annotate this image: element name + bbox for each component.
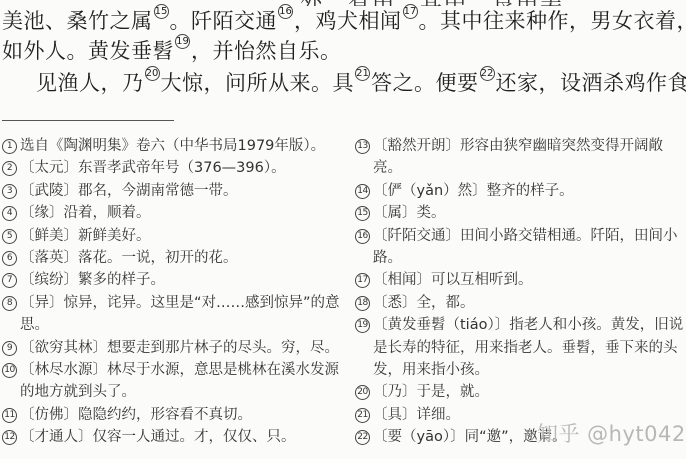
footnote-number: 7 bbox=[2, 273, 17, 288]
footnote-number: 9 bbox=[2, 341, 17, 356]
passage-text-segment: 如外人。黄发垂髫 bbox=[2, 39, 174, 63]
passage-line: 如外人。黄发垂髫19，并怡然自乐。 bbox=[2, 36, 686, 66]
footnotes-right-column: 13〔豁然开朗〕形容由狭窄幽暗突然变得开阔敞亮。14〔俨（yǎn）然〕整齐的样子… bbox=[355, 135, 685, 449]
footnote-number: 8 bbox=[2, 296, 17, 311]
passage-line: 见渔人，乃20大惊，问所从来。具21答之。便要22还家，设酒杀鸡作食。 bbox=[2, 68, 686, 98]
passage-text-segment: 大惊，问所从来。具 bbox=[161, 71, 355, 95]
passage-text: 美池、桑竹之属15。阡陌交通16，鸡犬相闻17。其中往来种作，男女衣着，悉18如… bbox=[2, 6, 686, 98]
footnote-item: 5〔鲜美〕新鲜美好。 bbox=[2, 225, 342, 247]
footnote-marker: 16 bbox=[278, 4, 293, 19]
footnote-marker: 20 bbox=[145, 66, 160, 81]
footnote-text: 〔阡陌交通〕田间小路交错相通。阡陌，田间小路。 bbox=[373, 225, 685, 270]
passage-text-segment: ，鸡犬相闻 bbox=[294, 9, 402, 33]
passage-text-segment: 。其中往来种作，男女衣着，悉 bbox=[419, 9, 686, 33]
footnote-number: 2 bbox=[2, 161, 17, 176]
footnote-item: 13〔豁然开朗〕形容由狭窄幽暗突然变得开阔敞亮。 bbox=[355, 135, 685, 180]
footnote-item: 2〔太元〕东晋孝武帝年号（376—396）。 bbox=[2, 157, 342, 179]
footnote-item: 14〔俨（yǎn）然〕整齐的样子。 bbox=[355, 180, 685, 202]
footnote-number: 19 bbox=[355, 318, 370, 333]
footnote-number: 1 bbox=[2, 139, 17, 154]
footnote-text: 〔鲜美〕新鲜美好。 bbox=[20, 225, 342, 247]
footnote-text: 〔乃〕于是，就。 bbox=[373, 381, 685, 403]
footnote-number: 14 bbox=[355, 184, 370, 199]
footnote-item: 11〔仿佛〕隐隐约约，形容看不真切。 bbox=[2, 404, 342, 426]
footnote-number: 20 bbox=[355, 385, 370, 400]
footnote-number: 5 bbox=[2, 229, 17, 244]
footnote-number: 4 bbox=[2, 206, 17, 221]
footnote-item: 8〔异〕惊异，诧异。这里是“对……感到惊异”的意思。 bbox=[2, 292, 342, 337]
footnote-text: 〔悉〕全，都。 bbox=[373, 292, 685, 314]
footnote-number: 12 bbox=[2, 430, 17, 445]
footnote-number: 22 bbox=[355, 430, 370, 445]
footnote-item: 1选自《陶渊明集》卷六（中华书局1979年版）。 bbox=[2, 135, 342, 157]
footnote-divider bbox=[2, 120, 174, 121]
footnote-text: 〔林尽水源〕林尽于水源，意思是桃林在溪水发源的地方就到头了。 bbox=[20, 359, 342, 404]
footnote-item: 15〔属〕类。 bbox=[355, 202, 685, 224]
footnote-item: 16〔阡陌交通〕田间小路交错相通。阡陌，田间小路。 bbox=[355, 225, 685, 270]
passage-text-segment: ，并怡然自乐。 bbox=[191, 39, 342, 63]
footnote-text: 〔豁然开朗〕形容由狭窄幽暗突然变得开阔敞亮。 bbox=[373, 135, 685, 180]
footnote-item: 17〔相闻〕可以互相听到。 bbox=[355, 269, 685, 291]
footnote-marker: 21 bbox=[355, 66, 370, 81]
passage-text-segment: 答之。便要 bbox=[371, 71, 479, 95]
footnote-item: 10〔林尽水源〕林尽于水源，意思是桃林在溪水发源的地方就到头了。 bbox=[2, 359, 342, 404]
footnote-number: 18 bbox=[355, 296, 370, 311]
footnote-number: 15 bbox=[355, 206, 370, 221]
footnotes-left-column: 1选自《陶渊明集》卷六（中华书局1979年版）。2〔太元〕东晋孝武帝年号（376… bbox=[2, 135, 342, 449]
footnote-number: 17 bbox=[355, 273, 370, 288]
footnote-number: 11 bbox=[2, 408, 17, 423]
footnote-text: 〔太元〕东晋孝武帝年号（376—396）。 bbox=[20, 157, 342, 179]
footnote-marker: 15 bbox=[154, 4, 169, 19]
footnote-item: 3〔武陵〕郡名，今湖南常德一带。 bbox=[2, 180, 342, 202]
footnote-item: 12〔才通人〕仅容一人通过。才，仅仅、只。 bbox=[2, 426, 342, 448]
footnote-text: 〔欲穷其林〕想要走到那片林子的尽头。穷，尽。 bbox=[20, 337, 342, 359]
footnote-text: 〔缘〕沿着，顺着。 bbox=[20, 202, 342, 224]
footnote-marker: 22 bbox=[480, 66, 495, 81]
passage-text-segment: 还家，设酒杀鸡作食。 bbox=[496, 71, 686, 95]
passage-text-segment: 美池、桑竹之属 bbox=[2, 9, 153, 33]
footnote-item: 7〔缤纷〕繁多的样子。 bbox=[2, 269, 342, 291]
footnote-number: 6 bbox=[2, 251, 17, 266]
footnote-item: 9〔欲穷其林〕想要走到那片林子的尽头。穷，尽。 bbox=[2, 337, 342, 359]
footnote-marker: 19 bbox=[175, 34, 190, 49]
footnote-item: 20〔乃〕于是，就。 bbox=[355, 381, 685, 403]
footnote-item: 19〔黄发垂髫（tiáo）〕指老人和小孩。黄发，旧说是长寿的特征，用来指老人。垂… bbox=[355, 314, 685, 381]
footnote-item: 6〔落英〕落花。一说，初开的花。 bbox=[2, 247, 342, 269]
footnote-text: 〔属〕类。 bbox=[373, 202, 685, 224]
passage-text-segment: 见渔人，乃 bbox=[36, 71, 144, 95]
footnote-text: 〔落英〕落花。一说，初开的花。 bbox=[20, 247, 342, 269]
footnote-text: 选自《陶渊明集》卷六（中华书局1979年版）。 bbox=[20, 135, 342, 157]
footnote-item: 4〔缘〕沿着，顺着。 bbox=[2, 202, 342, 224]
footnote-text: 〔黄发垂髫（tiáo）〕指老人和小孩。黄发，旧说是长寿的特征，用来指老人。垂髫，… bbox=[373, 314, 685, 381]
footnote-text: 〔俨（yǎn）然〕整齐的样子。 bbox=[373, 180, 685, 202]
footnote-text: 〔相闻〕可以互相听到。 bbox=[373, 269, 685, 291]
footnote-text: 〔才通人〕仅容一人通过。才，仅仅、只。 bbox=[20, 426, 342, 448]
footnote-text: 〔异〕惊异，诧异。这里是“对……感到惊异”的意思。 bbox=[20, 292, 342, 337]
footnote-text: 〔缤纷〕繁多的样子。 bbox=[20, 269, 342, 291]
watermark: 知乎 @hyt042 bbox=[537, 418, 686, 448]
footnote-number: 21 bbox=[355, 408, 370, 423]
footnote-number: 3 bbox=[2, 184, 17, 199]
passage-line: 美池、桑竹之属15。阡陌交通16，鸡犬相闻17。其中往来种作，男女衣着，悉18 bbox=[2, 6, 686, 36]
footnote-text: 〔武陵〕郡名，今湖南常德一带。 bbox=[20, 180, 342, 202]
footnote-marker: 17 bbox=[403, 4, 418, 19]
footnote-text: 〔仿佛〕隐隐约约，形容看不真切。 bbox=[20, 404, 342, 426]
footnote-item: 18〔悉〕全，都。 bbox=[355, 292, 685, 314]
footnote-number: 16 bbox=[355, 229, 370, 244]
footnote-number: 10 bbox=[2, 363, 17, 378]
footnote-number: 13 bbox=[355, 139, 370, 154]
passage-text-segment: 。阡陌交通 bbox=[170, 9, 278, 33]
